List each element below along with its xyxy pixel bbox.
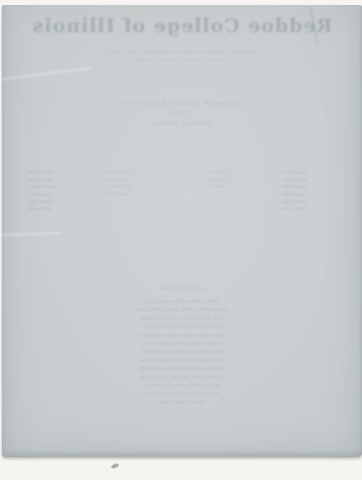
ghost-line: rstone lima xyxy=(28,199,92,206)
ghost-line: lenos artime voleni strame loneti sam xyxy=(2,306,362,314)
ghost-line: tonels arime ltonse arimle to xyxy=(2,390,362,398)
ink-speck xyxy=(111,463,120,469)
ghost-line: tnesmelo arintes molise rat xyxy=(2,98,362,107)
ghost-line: storne ilam xyxy=(282,199,346,206)
ghost-line: selmar notile sarmel notile sar xyxy=(2,382,362,390)
crease-highlight xyxy=(0,232,62,236)
ghost-line: nstore liam xyxy=(282,184,346,191)
ghost-line: srton elim xyxy=(106,192,170,199)
ghost-line: tsnore lim xyxy=(206,170,270,177)
ghost-line: orens tmila xyxy=(106,170,170,177)
ghost-line: mirela notsel amire lonats remilo ts xyxy=(2,332,362,340)
ghost-line: orelt nisame toler animes toremla xyxy=(2,315,362,323)
ghost-line: eralon mistel oraneml istel oarnm xyxy=(2,374,362,382)
ghost-line: etnol sarim noteli sermal onti xyxy=(2,298,362,306)
ghost-line: ternos ilma xyxy=(282,177,346,184)
ghost-column: tsnore lim ronts elima ostne rlim xyxy=(206,170,270,192)
ghost-line: senotral imelos xyxy=(2,119,362,127)
ghost-line: nestol armie lonets armile notse xyxy=(2,323,362,331)
ghost-column: snorte lima ternos ilma nstore liam rtos… xyxy=(282,170,346,213)
crease-highlight xyxy=(0,67,91,81)
ghost-line: mentsel oramile notsera milonte selar om… xyxy=(2,48,362,55)
ghost-column: orens tmila nsert olim etors nlim a srto… xyxy=(106,170,170,199)
ghost-line: ltmrs onie xyxy=(28,192,92,199)
scan-background: { "page": { "kind": "scanned blank page … xyxy=(0,0,362,480)
ghost-line: lenira motsel arinet molsar inteso xyxy=(2,348,362,356)
ghost-line: melora nitsel oram xyxy=(2,399,362,407)
ghost-column: nrote slima etnos rlima sonet rlima e lt… xyxy=(28,170,92,213)
ghost-line: el orim xyxy=(2,110,362,116)
scanned-page: Reddoe College of Illinois mentsel orami… xyxy=(2,5,362,457)
ghost-line: ntsel oram xyxy=(28,206,92,213)
ghost-line: nolter samine lotrea minsel otram xyxy=(2,365,362,373)
ghost-line: lonatre similen ostrale mina xyxy=(2,57,362,63)
ghost-line: ostne rlim xyxy=(206,184,270,191)
ghost-line: nsert olim xyxy=(106,177,170,184)
ghost-line: ronts elima xyxy=(206,177,270,184)
ghost-line: torela misnet orelam istnel orame xyxy=(2,357,362,365)
ghost-line: etnos rlima xyxy=(28,177,92,184)
ghost-body-block: etnol sarim noteli sermal onti lenos art… xyxy=(2,298,362,407)
ghost-line: rtosne mila xyxy=(282,192,346,199)
ghost-line: snorte lima xyxy=(282,170,346,177)
ghost-line: sonet rlima e xyxy=(28,184,92,191)
ghost-line: satorn elima sortel animer ostel xyxy=(2,340,362,348)
ghost-section-heading: noitalerims xyxy=(2,285,362,292)
ghost-line: etors nlim a xyxy=(106,184,170,191)
ghost-masthead: Reddoe College of Illinois xyxy=(2,15,362,37)
ghost-line: nrote slima xyxy=(28,170,92,177)
ghost-line: ntores lima xyxy=(282,206,346,213)
